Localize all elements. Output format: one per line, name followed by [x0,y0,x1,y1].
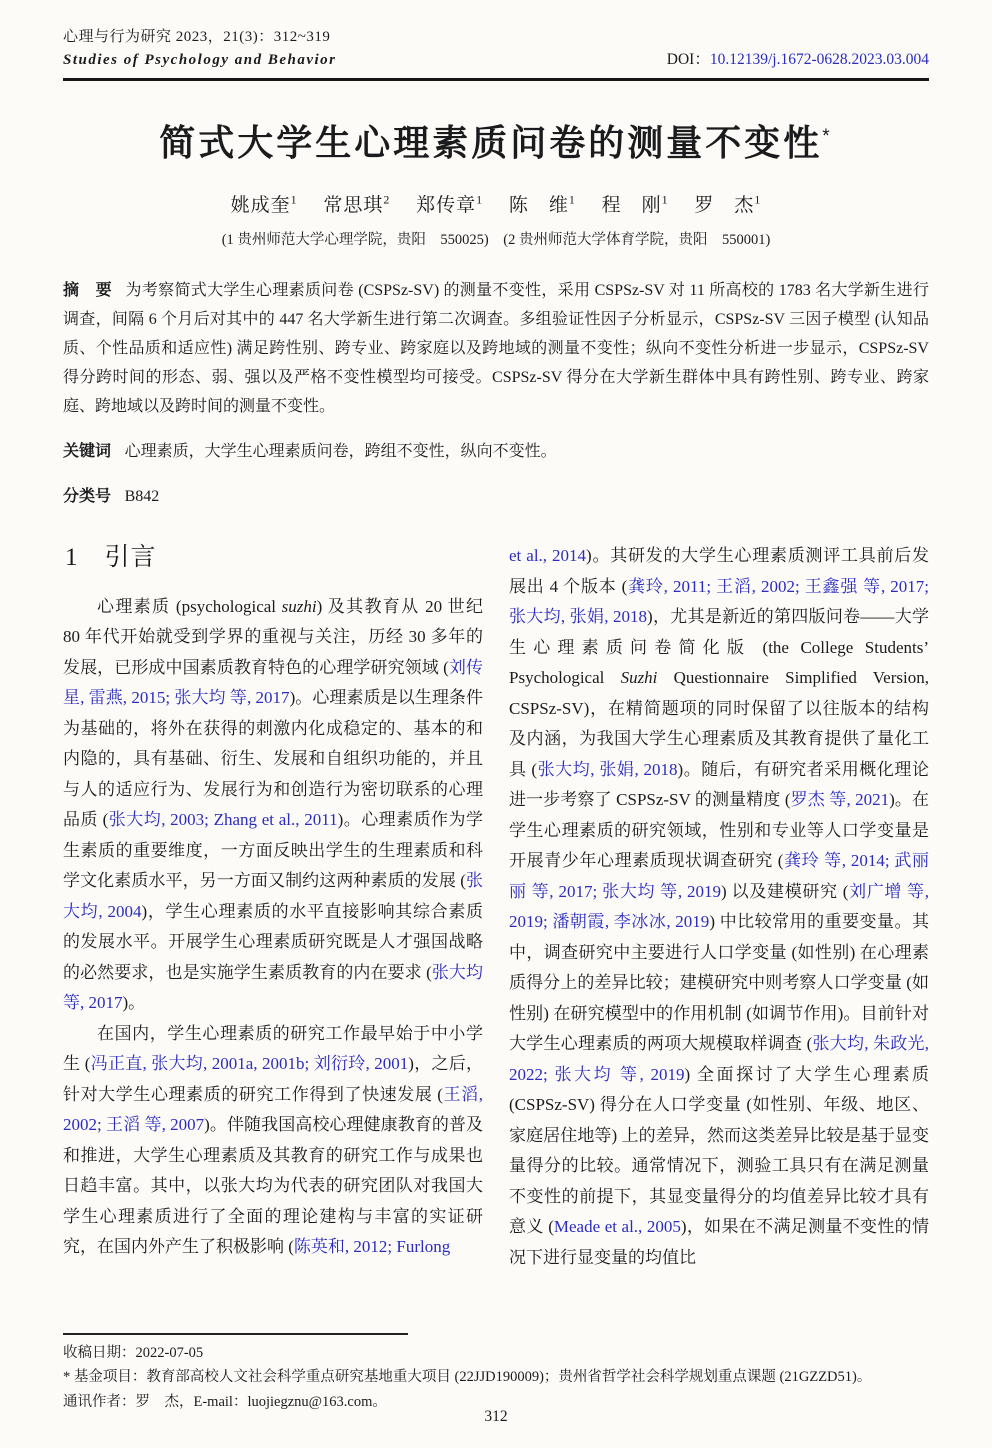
doi-link[interactable]: 10.12139/j.1672-0628.2023.03.004 [710,51,929,68]
keywords-line: 关键词心理素质，大学生心理素质问卷，跨组不变性，纵向不变性。 [63,437,929,466]
text-segment: 心理素质 (psychological [97,597,282,616]
text-segment: ) 全面探讨了大学生心理素质 (CSPSz-SV) 得分在人口学变量 (如性别、… [509,1065,929,1237]
affiliations: (1 贵州师范大学心理学院，贵阳 550025) (2 贵州师范大学体育学院，贵… [63,228,929,249]
text-segment: Suzhi [621,668,658,687]
section-number: 1 [65,544,79,571]
author: 陈 维1 [509,195,576,216]
section-title: 引言 [105,544,157,571]
footnotes: 收稿日期：2022-07-05 * 基金项目：教育部高校人文社会科学重点研究基地… [63,1341,929,1415]
author: 姚成奎1 [231,195,298,216]
left-column: 1引言 心理素质 (psychological suzhi) 及其教育从 20 … [63,541,483,1339]
text-segment: )。伴随我国高校心理健康教育的普及和推进，大学生心理素质及其教育的研究工作与成果… [63,1115,483,1256]
citation-link[interactable]: 罗杰 等, 2021 [791,790,890,809]
text-segment: )。心理素质是以生理条件为基础的，将外在获得的刺激内化成稳定的、基本的和内隐的，… [63,688,483,829]
classification-line: 分类号B842 [63,482,929,511]
page-header: 心理与行为研究 2023，21(3)：312~319 Studies of Ps… [63,26,929,71]
citation-link[interactable]: 陈英和, 2012; Furlong [294,1237,450,1256]
author: 程 刚1 [602,195,669,216]
citation-link[interactable]: et al., 2014 [509,546,586,565]
received-date: 收稿日期：2022-07-05 [63,1341,929,1366]
keywords-text: 心理素质，大学生心理素质问卷，跨组不变性，纵向不变性。 [125,443,557,460]
body-columns: 1引言 心理素质 (psychological suzhi) 及其教育从 20 … [63,541,929,1339]
citation-link[interactable]: Meade et al., 2005 [554,1217,681,1236]
footnote-divider [63,1333,408,1335]
author: 常思琪2 [323,195,390,216]
funding-note: * 基金项目：教育部高校人文社会科学重点研究基地重大项目 (22JJD19000… [63,1365,929,1390]
text-segment: ) 中比较常用的重要变量。其中，调查研究中主要进行人口学变量 (如性别) 在心理… [509,912,929,1053]
body-paragraph: 心理素质 (psychological suzhi) 及其教育从 20 世纪 8… [63,592,483,1019]
citation-link[interactable]: 张大均, 张娟, 2018 [537,760,677,779]
citation-link[interactable]: 张大均, 2003; Zhang et al., 2011 [108,810,337,829]
doi-label: DOI： [667,51,710,68]
author-list: 姚成奎1 常思琪2 郑传章1 陈 维1 程 刚1 罗 杰1 [63,190,929,217]
article-title: 简式大学生心理素质问卷的测量不变性* [63,115,929,166]
text-segment: suzhi [282,597,317,616]
author: 郑传章1 [416,195,483,216]
journal-page: 心理与行为研究 2023，21(3)：312~319 Studies of Ps… [0,0,992,1448]
text-segment: ) 以及建模研究 ( [721,882,848,901]
title-footnote-marker: * [822,126,832,147]
abstract-text: 为考察简式大学生心理素质问卷 (CSPSz-SV) 的测量不变性，采用 CSPS… [63,282,929,415]
author: 罗 杰1 [694,195,761,216]
journal-info: 心理与行为研究 2023，21(3)：312~319 Studies of Ps… [63,26,337,71]
keywords-label: 关键词 [63,443,111,460]
classification-label: 分类号 [63,488,111,505]
footnote-area: 收稿日期：2022-07-05 * 基金项目：教育部高校人文社会科学重点研究基地… [63,1333,929,1414]
header-divider [63,78,929,81]
abstract: 摘 要为考察简式大学生心理素质问卷 (CSPSz-SV) 的测量不变性，采用 C… [63,276,929,421]
journal-name-en: Studies of Psychology and Behavior [63,49,337,72]
right-column: et al., 2014)。其研发的大学生心理素质测评工具前后发展出 4 个版本… [509,541,929,1339]
page-number: 312 [0,1408,992,1426]
abstract-label: 摘 要 [63,282,112,299]
body-paragraph: 在国内，学生心理素质的研究工作最早始于中小学生 (冯正直, 张大均, 2001a… [63,1019,483,1263]
doi-line: DOI：10.12139/j.1672-0628.2023.03.004 [667,47,929,71]
classification-value: B842 [125,488,160,505]
citation-link[interactable]: 冯正直, 张大均, 2001a, 2001b; 刘衍玲, 2001 [90,1054,408,1073]
journal-citation-cn: 心理与行为研究 2023，21(3)：312~319 [63,26,337,49]
body-paragraph: et al., 2014)。其研发的大学生心理素质测评工具前后发展出 4 个版本… [509,541,929,1273]
article-title-text: 简式大学生心理素质问卷的测量不变性 [159,122,822,163]
text-segment: )。 [123,993,146,1012]
section-heading: 1引言 [65,543,483,574]
